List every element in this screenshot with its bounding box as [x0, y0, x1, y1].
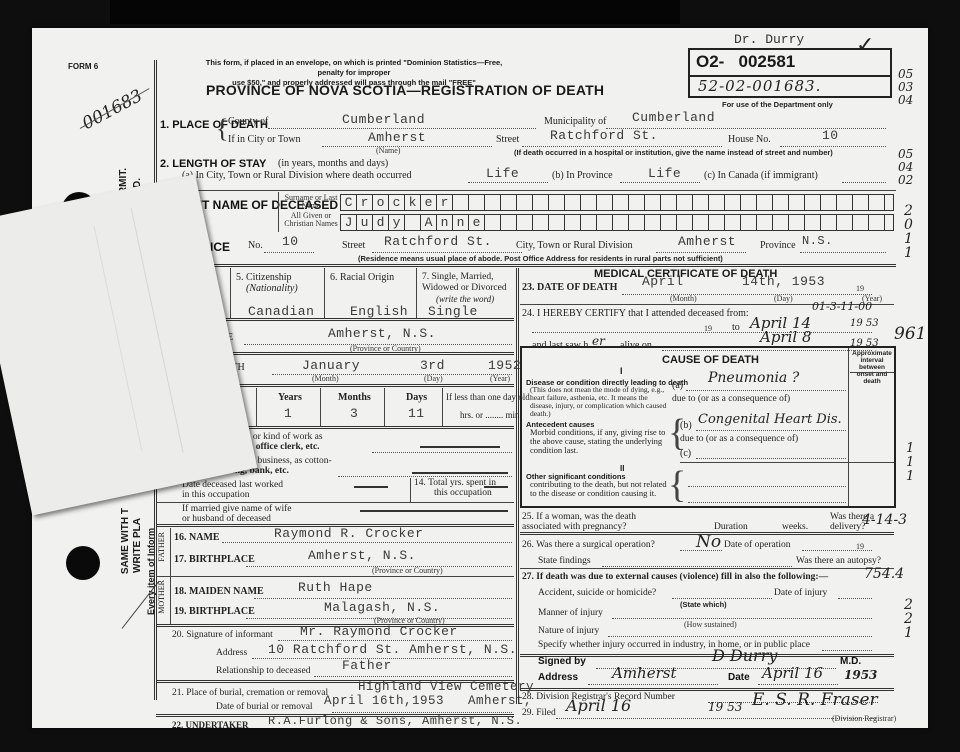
relationship-value: Father	[342, 658, 392, 673]
street-value: Ratchford St.	[550, 128, 658, 143]
undertaker-label: 22. UNDERTAKER	[172, 720, 249, 730]
other-conditions-line-2	[688, 502, 846, 503]
margin-code-group-2: 05 04 02	[898, 148, 913, 187]
paper-faint-mark	[131, 208, 184, 453]
stay-city-line	[468, 182, 548, 183]
residence-city-label: City, Town or Rural Division	[516, 240, 633, 251]
margin-code: 1	[906, 470, 914, 484]
birthplace-value: Amherst, N.S.	[328, 326, 436, 341]
informant-line	[278, 640, 512, 641]
brace: {	[668, 466, 686, 504]
residence-street-value: Ratchford St.	[384, 234, 492, 249]
margin-pen-stroke	[80, 88, 150, 129]
citizenship-label: 5. Citizenship	[236, 272, 292, 283]
spouse-sub: or husband of deceased	[182, 514, 271, 524]
signature-date: April 16	[762, 664, 823, 682]
md-label: M.D.	[840, 656, 861, 667]
stay-canada-label: (c) In Canada (if immigrant)	[704, 170, 818, 181]
city-value: Amherst	[368, 130, 426, 145]
days-label: Days	[406, 392, 427, 403]
margin-text-same-with: SAME WITH T	[120, 508, 131, 574]
margin-code-group-4: 1 1 1	[906, 442, 914, 484]
length-of-stay-note: (in years, months and days)	[278, 158, 388, 169]
column-divider	[516, 268, 519, 704]
divider	[278, 192, 279, 232]
interval-header: Approximate interval between onset and d…	[850, 350, 894, 385]
months-value: 3	[350, 406, 358, 421]
cause-a-value: Pneumonia ?	[708, 370, 799, 386]
postal-notice-line1: This form, if placed in an envelope, on …	[204, 58, 504, 78]
char-box: e	[469, 215, 485, 230]
q27-label: 27. If death was due to external causes …	[522, 572, 828, 582]
citizenship-value: Canadian	[248, 304, 314, 319]
char-box: e	[421, 195, 437, 210]
divider	[156, 576, 514, 577]
margin-text-write-plain: WRITE PLA	[132, 518, 143, 573]
from-year: 19	[704, 324, 712, 333]
months-label: Months	[338, 392, 371, 403]
days-value: 11	[408, 406, 425, 421]
punch-hole-bottom	[66, 546, 100, 580]
signature-address: Amherst	[612, 664, 677, 682]
injury-date-label: Date of injury	[774, 588, 827, 598]
citizenship-sub: (Nationality)	[246, 283, 298, 294]
spouse-dash	[360, 510, 508, 512]
divider	[256, 388, 257, 426]
dod-month-caption: (Month)	[670, 294, 697, 303]
q29-label: 29. Filed	[522, 708, 556, 718]
last-worked-label: Date deceased last worked	[182, 480, 283, 490]
margin-code: 02	[898, 174, 913, 187]
stay-province-line	[620, 182, 700, 183]
less-than-day-label: If less than one day old	[446, 392, 530, 402]
surname-field: Crocker	[340, 194, 894, 211]
state-which-caption: (State which)	[680, 600, 727, 609]
industry-line	[338, 476, 512, 477]
signature-date-line	[758, 684, 838, 685]
char-box: r	[437, 195, 453, 210]
margin-code: 1	[906, 456, 914, 470]
brace: {	[216, 116, 228, 142]
day-caption: (Day)	[424, 374, 443, 383]
margin-code: 0	[904, 218, 913, 232]
margin-code-group-3: 2 0 1 1	[904, 204, 913, 260]
date-of-death-label: 23. DATE OF DEATH	[522, 282, 617, 293]
q26-label: 26. Was there a surgical operation?	[522, 540, 655, 550]
residence-street-line	[372, 252, 522, 253]
burial-date-line	[332, 712, 512, 713]
county-value: Cumberland	[342, 112, 425, 127]
margin-code: 2	[904, 204, 913, 218]
divider	[156, 190, 896, 191]
residence-province-label: Province	[760, 240, 796, 251]
paper-faint-mark	[94, 226, 143, 451]
divider	[156, 502, 514, 503]
relationship-label: Relationship to deceased	[216, 666, 310, 676]
racial-origin-value: English	[350, 304, 408, 319]
hrs-min-label: hrs. or ........ min.	[460, 410, 522, 420]
divider	[416, 268, 417, 318]
divider	[442, 388, 443, 426]
divider	[410, 478, 411, 502]
street-label: Street	[496, 134, 519, 145]
stay-canada-line	[842, 182, 886, 183]
q29-line	[556, 718, 876, 719]
alive-on-date: April 8	[760, 328, 812, 346]
informant-address-label: Address	[216, 648, 247, 658]
doctor-note: Dr. Durry	[734, 32, 804, 47]
certify-code: 01-3-11-00	[812, 300, 872, 313]
manner-line	[612, 618, 872, 619]
department-handwritten-number: 52-02-001683.	[698, 77, 821, 95]
mother-birthplace-label: 19. BIRTHPLACE	[174, 606, 255, 617]
residence-street-label: Street	[342, 240, 365, 251]
nature-label: Nature of injury	[538, 626, 599, 636]
residence-no-label: No.	[248, 240, 263, 251]
q25-label: 25. If a woman, was the death associated…	[522, 512, 672, 532]
margin-code: 1	[904, 232, 913, 246]
given-names-label: All Given or Christian Names	[282, 212, 340, 228]
name-caption: (Name)	[376, 146, 400, 155]
city-line	[322, 146, 492, 147]
registrar-caption: (Division Registrar)	[832, 714, 896, 723]
registrar-signature: E. S. R. Fraser	[752, 690, 878, 710]
margin-code: 2	[904, 612, 913, 626]
year-prefix: 19	[856, 284, 864, 293]
signature-address-line	[588, 684, 718, 685]
char-box: c	[389, 195, 405, 210]
direct-cause-note: (This does not mean the mode of dying, e…	[530, 386, 670, 418]
antecedent-note: Morbid conditions, if any, giving rise t…	[530, 428, 670, 455]
hospital-note: (If death occurred in a hospital or inst…	[514, 148, 833, 157]
char-box: A	[421, 215, 437, 230]
municipality-value: Cumberland	[632, 110, 715, 125]
divider	[230, 268, 231, 318]
given-names-field: Judy Anne	[340, 214, 894, 231]
char-box: d	[373, 215, 389, 230]
spouse-label: If married give name of wife	[182, 504, 291, 514]
q26-answer: No	[696, 532, 721, 552]
accident-line	[672, 598, 772, 599]
to-year: 19 53	[850, 318, 879, 329]
total-years-dash	[484, 486, 508, 488]
physician-signature: D Durry	[712, 646, 777, 665]
department-box: O2- 002581 52-02-001683.	[688, 48, 892, 98]
father-name-line	[222, 542, 512, 543]
cause-b-prefix: (b)	[680, 420, 692, 431]
to-label: to	[732, 322, 740, 333]
stay-city-value: Life	[486, 166, 519, 181]
duration-label: Duration	[714, 522, 748, 532]
cause-a-line	[686, 390, 846, 391]
marital-status-sub: (write the word)	[436, 294, 494, 304]
residence-city-line	[656, 252, 746, 253]
father-birthplace-value: Amherst, N.S.	[308, 548, 416, 563]
date-of-death-day: 14th, 1953	[742, 274, 825, 289]
certify-label: 24. I HEREBY CERTIFY that I attended dec…	[522, 308, 749, 319]
mother-maiden-label: 18. MAIDEN NAME	[174, 586, 264, 597]
place-of-death-label: 1. PLACE OF DEATH	[160, 120, 212, 131]
house-label: House No.	[728, 134, 771, 145]
date-of-death-month: April	[642, 274, 684, 289]
year-caption: (Year)	[490, 374, 510, 383]
dob-year: 1952	[488, 358, 521, 373]
residence-no-value: 10	[282, 234, 299, 249]
char-box	[405, 215, 421, 230]
county-label: County of	[228, 116, 268, 127]
signature-year: 1953	[844, 668, 877, 682]
date-of-death-line	[622, 294, 872, 295]
divider	[850, 372, 894, 373]
margin-code: 2	[904, 598, 913, 612]
dod-day-caption: (Day)	[774, 294, 793, 303]
divider	[384, 388, 385, 426]
divider	[320, 388, 321, 426]
total-years-sub: this occupation	[434, 488, 492, 498]
char-box: y	[389, 215, 405, 230]
char-box: o	[373, 195, 389, 210]
years-label: Years	[278, 392, 302, 403]
how-sustained-caption: (How sustained)	[684, 620, 737, 629]
trade-line	[372, 452, 512, 453]
accident-label: Accident, suicide or homicide?	[538, 588, 656, 598]
divider	[680, 462, 894, 463]
margin-code: 1	[904, 626, 913, 640]
residence-province-line	[800, 252, 886, 253]
marital-status-value: Single	[428, 304, 478, 319]
house-line	[780, 146, 886, 147]
informant-address: 10 Ratchford St. Amherst, N.S.	[268, 642, 517, 657]
stay-province-value: Life	[648, 166, 681, 181]
char-box: C	[341, 195, 357, 210]
dob-day: 3rd	[420, 358, 445, 373]
cause-c-prefix: (c)	[680, 448, 691, 459]
stay-city-label: (a) In City, Town or Rural Division wher…	[182, 170, 412, 181]
form-number: FORM 6	[68, 62, 98, 71]
mother-maiden-line	[254, 598, 512, 599]
residence-note: (Residence means usual place of abode. P…	[358, 254, 723, 263]
county-line	[268, 128, 536, 129]
city-label: If in City or Town	[228, 134, 300, 145]
injury-date-line	[838, 598, 872, 599]
findings-line	[602, 566, 792, 567]
racial-origin-label: 6. Racial Origin	[330, 272, 394, 283]
form-title: PROVINCE OF NOVA SCOTIA—REGISTRATION OF …	[206, 82, 604, 98]
relationship-line	[314, 676, 512, 677]
years-value: 1	[284, 406, 292, 421]
father-birthplace-caption: (Province or Country)	[372, 566, 443, 575]
cause-b-line	[696, 430, 846, 431]
signature-date-label: Date	[728, 672, 750, 683]
scanner-shadow	[110, 0, 680, 24]
char-box: J	[341, 215, 357, 230]
margin-code: 1	[904, 246, 913, 260]
operation-date-label: Date of operation	[724, 540, 790, 550]
section-i-label: I	[620, 366, 623, 376]
municipality-label: Municipality of	[544, 116, 607, 127]
margin-code-961: 961	[894, 324, 926, 344]
last-worked-sub: in this occupation	[182, 490, 250, 500]
divider	[520, 568, 894, 569]
char-box: n	[453, 215, 469, 230]
father-birthplace-label: 17. BIRTHPLACE	[174, 554, 255, 565]
department-caption: For use of the Department only	[722, 100, 833, 109]
margin-code: 1	[906, 442, 914, 456]
informant-label: 20. Signature of informant	[172, 630, 273, 640]
informant-name: Mr. Raymond Crocker	[300, 624, 458, 639]
dob-line	[272, 374, 512, 375]
house-value: 10	[822, 128, 839, 143]
delivery-code: 4-14-3	[862, 512, 907, 528]
divider	[156, 264, 896, 267]
filed-year: 19 53	[708, 700, 742, 714]
mother-side-label: MOTHER	[157, 580, 166, 614]
father-name-value: Raymond R. Crocker	[274, 526, 423, 541]
due-to-label-a: due to (or as a consequence of)	[672, 394, 790, 404]
cause-of-death-title: CAUSE OF DEATH	[662, 354, 759, 366]
margin-code-group-1: 05 03 04	[898, 68, 913, 107]
burial-date-value: April 16th,1953 Amherst,	[324, 694, 532, 708]
last-worked-dash	[354, 486, 388, 488]
signed-by-label: Signed by	[538, 656, 586, 667]
burial-place-value: Highland View Cemetery	[358, 680, 534, 694]
margin-code: 04	[898, 94, 913, 107]
margin-code-group-5: 2 2 1	[904, 598, 913, 640]
autopsy-label: Was there an autopsy?	[796, 556, 881, 566]
residence-province-value: N.S.	[802, 234, 833, 248]
father-side-label: FATHER	[157, 532, 166, 562]
char-box: u	[357, 215, 373, 230]
mother-maiden-value: Ruth Hape	[298, 580, 373, 595]
specify-line	[822, 650, 872, 651]
cause-a-prefix: (a)	[672, 380, 683, 391]
char-box: n	[437, 215, 453, 230]
cause-b-value: Congenital Heart Dis.	[698, 412, 842, 427]
mother-birthplace-value: Malagash, N.S.	[324, 600, 440, 615]
month-caption: (Month)	[312, 374, 339, 383]
industry-dash	[412, 472, 508, 474]
length-of-stay-label: 2. LENGTH OF STAY	[160, 158, 266, 170]
filed-date: April 16	[566, 696, 631, 715]
other-conditions-line	[688, 486, 846, 487]
cause-c-line	[696, 458, 846, 459]
undertaker-value: R.A.Furlong & Sons, Amherst, N.S.	[268, 714, 522, 728]
nature-line	[608, 636, 872, 637]
operation-year-prefix: 19	[856, 542, 864, 551]
surname-label: Surname or Last Name	[284, 194, 338, 210]
street-line	[522, 146, 722, 147]
stay-province-label: (b) In Province	[552, 170, 613, 181]
residence-city-value: Amherst	[678, 234, 736, 249]
weeks-label: weeks.	[782, 522, 808, 532]
department-number: O2- 002581	[696, 52, 795, 72]
char-box: r	[357, 195, 373, 210]
dob-month: January	[302, 358, 360, 373]
due-to-label-b: due to (or as a consequence of)	[680, 434, 798, 444]
trade-dash	[420, 446, 500, 448]
char-box: k	[405, 195, 421, 210]
burial-date-label: Date of burial or removal	[216, 702, 313, 712]
divider	[324, 268, 325, 318]
other-conditions-note: contributing to the death, but not relat…	[530, 480, 670, 498]
signature-address-label: Address	[538, 672, 578, 683]
findings-label: State findings	[538, 556, 591, 566]
attended-line	[532, 332, 872, 333]
marital-status-label: 7. Single, Married, Widowed or Divorced	[422, 272, 514, 294]
interval-column-divider	[848, 348, 849, 506]
burial-place-label: 21. Place of burial, cremation or remova…	[172, 688, 328, 698]
father-name-label: 16. NAME	[174, 532, 220, 543]
residence-no-line	[264, 252, 314, 253]
manner-label: Manner of injury	[538, 608, 603, 618]
q27-code: 754.4	[864, 566, 904, 582]
